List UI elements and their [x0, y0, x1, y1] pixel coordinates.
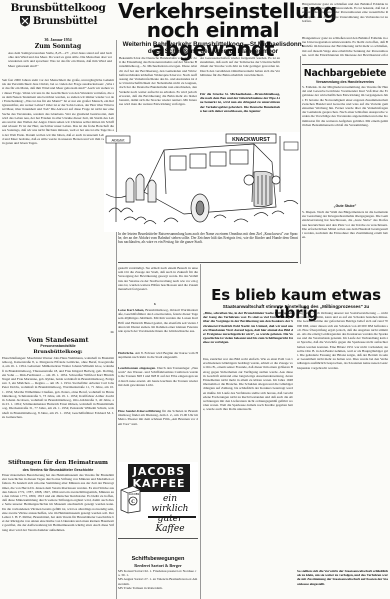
package-label: JACOBS [129, 492, 140, 496]
shipping-heading: Schiffsbewegungen [118, 556, 198, 562]
region-top-rule [302, 64, 388, 65]
coffee-package-icon: C JACOBS [119, 484, 141, 514]
town-crest-icon [19, 15, 31, 27]
dune-body-text: S. Diepen. Nach der Wahl des Bürgermeist… [302, 210, 388, 272]
sunday-signature: hb [100, 330, 114, 335]
middle-items: Lotse Karl Atken, Brunsbüttelkoog, Ortst… [118, 308, 198, 458]
main-subheadline: Weiterhin Bahnverkehr Brunsbüttelkoog—St… [118, 41, 308, 55]
column-divider [116, 40, 117, 599]
column-divider [200, 264, 201, 599]
column-divider [300, 56, 301, 264]
sunday-body-text: Seit fast 2000 Jahren steht vor der Mens… [2, 78, 114, 330]
sunday-heading: Zum Sonntag [2, 43, 114, 50]
main-article-col1: Bekanntlich hat die Deutsche Bundesbahn … [119, 56, 197, 132]
foundation-subheading: des Vereins für Brunsbütteler Geschichte [2, 468, 114, 472]
foundation-body-text: Einer materiellen Bereicherung hat das H… [2, 473, 114, 599]
main-article-col2: An Genossenschaften wieder freigestellt … [200, 56, 280, 132]
main-article-col2-text: An Genossenschaften wieder freigestellt … [200, 56, 280, 90]
shipping-line: MS Konsul Sartori Kl. 1. Friedenau passi… [118, 569, 198, 577]
news-item-lotse-body: Brunsbüttelkoog, Ortsteil Wurtmarkstraße… [118, 308, 198, 333]
cartoon-bottom-rule [118, 262, 298, 263]
main-subheadline-line1: Weiterhin Bahnverkehr Brunsbüttelkoog—St… [118, 41, 308, 48]
cartoon-sign-right: KNACKWURST [232, 137, 271, 143]
issue-date: 30. Januar 1954 [2, 37, 114, 42]
second-article-col1-text: Das, zunächst war das Bild recht einfach… [203, 357, 293, 597]
second-article-col2: ging auf — auch Ordnung unserer zur Sozi… [297, 311, 388, 599]
ad-slogan: ein wirklich guter Kaffee [144, 494, 196, 534]
news-item-lotse: Lotse Karl Atken, Brunsbüttelkoog, Ortst… [118, 308, 198, 350]
region-heading: Nachbargebiete [300, 68, 390, 79]
jacobs-kaffee-advertisement: JACOBS KAFFEE C JACOBS ein wirklich gute… [118, 462, 198, 520]
registry-body-text: Eheschließungen: Maschinist Werner Johs … [2, 356, 114, 456]
news-item-tonnen: Leuchttonnen eingezogen. Durch den Tonne… [118, 366, 198, 408]
svg-text:C: C [131, 500, 135, 505]
masthead-title-brunsbuettelkoog: Brunsbüttelkoog [2, 2, 114, 14]
middle-top-text: gestellt verständigt. Sie erhielt nach e… [118, 266, 198, 302]
region-body-text: S. Eddelak. In der Mitgliederversammlung… [302, 85, 388, 200]
ad-bottom-rule [118, 538, 198, 539]
shipping-subheading: Reederei Sartori & Berger [118, 563, 198, 568]
main-article-col2-bold: Für die Strecke St. Michaelisdonn—Brunsb… [200, 92, 280, 132]
ad-underline [148, 516, 196, 518]
news-item-einbruch: Einbrüche. Am 8. Februar wird Beginn der… [118, 351, 198, 365]
second-article-col2-bold: So stellten sich die Vorwürfe der Staats… [297, 569, 388, 593]
news-item-kino: Eine Sonder-Kinovorführung für die Schul… [118, 409, 198, 433]
dune-heading: „Gute Stube" [300, 204, 390, 208]
region-subheading: Versammlung des Handelsvereins [300, 80, 390, 84]
middle-top-signature: b [150, 302, 160, 307]
ad-slogan-line1: ein wirklich [144, 494, 196, 514]
cartoon-caption: In der letzten Brunsbütteler Ratsversamm… [118, 232, 298, 258]
right-top-text-2: Blangenmoor ganz zu schließen und den Ba… [302, 36, 388, 56]
registry-town: Brunsbüttelkoog: [2, 349, 114, 355]
masthead-title-brunsbuettel: Brunsbüttel [33, 16, 97, 27]
second-article-col2-text: ging auf — auch Ordnung unserer zur Sozi… [297, 311, 388, 567]
main-subheadline-line2: doch Schließung der Agentur Blangenmoor [118, 48, 308, 55]
masthead: Brunsbüttelkoog Brunsbüttel [2, 2, 114, 38]
second-article-intro-bold: „Bitte, schreiben Sie, in der Brunsbütte… [203, 311, 293, 355]
second-article-col1: „Bitte, schreiben Sie, in der Brunsbütte… [203, 311, 293, 599]
foundation-heading: Stiftungen für den Heimatraum [2, 460, 114, 466]
sunday-intro-text: Aus dem Samtgevrascehen Stelle, 8,23—27:… [8, 51, 112, 76]
bus-cartoon-icon: Abfahrt KNACKWURST [104, 132, 300, 232]
second-subheadline: Staatsanwaltschaft stimmte Einstellung d… [202, 304, 390, 309]
right-top-text: Bürgermeister ganz zu schließen und den … [302, 2, 388, 34]
cartoon-illustration: Abfahrt KNACKWURST [104, 132, 300, 232]
registry-subheading: Personenstandsfälle [2, 344, 114, 348]
shipping-line: MS August Sartori 27. 1. an Valencia Bre… [118, 577, 198, 585]
shipping-list: MS Konsul Sartori Kl. 1. Friedenau passi… [118, 569, 198, 599]
shipping-line: MS Trude Tomsen in Rotterdam. [118, 586, 198, 590]
cartoon-sign-left: Abfahrt [112, 138, 126, 143]
registry-heading: Vom Standesamt [2, 336, 114, 344]
